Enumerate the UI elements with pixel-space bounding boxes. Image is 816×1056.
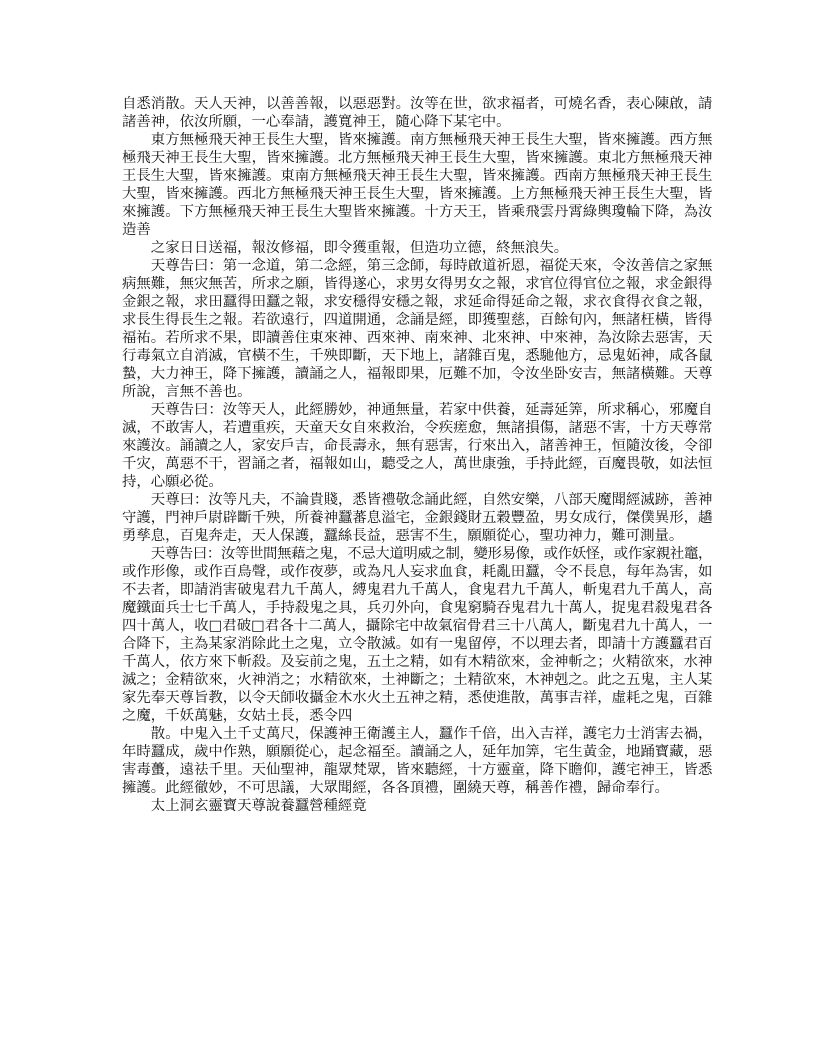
text-line: 蟄，大力神王，降下擁護，讀誦之人，福報即果，厄難不加，令汝坐卧安吉，無諸橫難。天… — [122, 365, 712, 383]
text-line: 金銀之報，求田蠶得田蠶之報，求安穩得安穩之報，求延命得延命之報，求衣食得衣食之報… — [122, 293, 712, 311]
text-line: 大聖，皆來擁護。西北方無極飛天神王長生大聖，皆來擁護。上方無極飛天神王長生大聖，… — [122, 185, 712, 203]
text-line: 年時蠶成，歲中作熟，願願從心，起念福至。讀誦之人，延年加筭，宅生黃金，地踊寶藏，… — [122, 743, 712, 761]
text-line: 諸善神，依汝所願，一心奉請，護寬神王，隨心降下某宅中。 — [122, 113, 712, 131]
text-line: 天尊告曰：汝等天人，此經勝妙，神通無量，若家中供養，延壽延筭，所求稱心，邪魔自 — [122, 401, 712, 419]
text-line: 守護，門神戶尉辟斷千殃，所養神蠶蕃息溢宅，金銀錢財五穀豐盈，男女成行，傑僕異形，… — [122, 509, 712, 527]
text-line: 來擁護。下方無極飛天神王長生大聖皆來擁護。十方天王，皆乘飛雲丹霄綠輿瓊輪下降，為… — [122, 203, 712, 221]
scripture-text: 自悉消散。天人天神，以善善報，以惡惡對。汝等在世，欲求福者，可燒名香，表心陳啟，… — [122, 95, 712, 815]
paragraph: 天尊曰：汝等凡夫，不論貴賤，悉皆禮敬念誦此經，自然安樂，八部天魔聞經滅跡，善神 … — [122, 491, 712, 545]
text-line: 行毒氣立自消滅，官橫不生，千殃即斷，天下地上，諸雜百鬼，悉馳他方，忌鬼妬神，咸各… — [122, 347, 712, 365]
text-line: 病無難，無灾無苦，所求之願，皆得遂心，求男女得男女之報，求官位得官位之報，求金銀… — [122, 275, 712, 293]
text-line: 魔鐵面兵士七千萬人，手持殺鬼之具，兵刃外向，食鬼窮騎吞鬼君九十萬人，捉鬼君殺鬼君… — [122, 599, 712, 617]
text-line: 千灾，萬惡不干，習誦之者，福報如山，聽受之人，萬世康強，手持此經，百魔畏敬，如法… — [122, 455, 712, 473]
text-line: 自悉消散。天人天神，以善善報，以惡惡對。汝等在世，欲求福者，可燒名香，表心陳啟，… — [122, 95, 712, 113]
text-line: 所說，言無不善也。 — [122, 383, 712, 401]
text-line: 害毒蠆，遠祛千里。天仙聖神，龍眾梵眾，皆來聽經，十方靈童，降下瞻仰，護宅神王，皆… — [122, 761, 712, 779]
colophon-line: 太上洞玄靈寶天尊說養蠶營種經竟 — [122, 797, 712, 815]
text-line: 求長生得長生之報。若欲遠行，四道開通，念誦是經，即獲聖慈，百餘旬內，無諸枉橫，皆… — [122, 311, 712, 329]
text-line: 勇孳息，百鬼奔走，天人保護，蠶絲長益，惡害不生，願願從心，聖功神力，難可測量。 — [122, 527, 712, 545]
text-line: 天尊告曰：第一念道，第二念經，第三念師，每時啟道祈恩，福從天來，令汝善信之家無 — [122, 257, 712, 275]
paragraph: 天尊告曰：第一念道，第二念經，第三念師，每時啟道祈恩，福從天來，令汝善信之家無 … — [122, 257, 712, 401]
text-line: 天尊告曰：汝等世間無藉之鬼，不忌大道明威之制，變形易像，或作妖怪，或作家親社竈， — [122, 545, 712, 563]
text-line: 福祐。若所求不果，即讀善住東來神、西來神、南來神、北來神、中來神，為汝除去惡害，… — [122, 329, 712, 347]
text-line: 造善 — [122, 221, 712, 239]
text-line: 擁護。此經徹妙，不可思議，大眾聞經，各各頂禮，圍繞天尊，稱善作禮，歸命奉行。 — [122, 779, 712, 797]
text-line: 東方無極飛天神王長生大聖，皆來擁護。南方無極飛天神王長生大聖，皆來擁護。西方無 — [122, 131, 712, 149]
document-page: 自悉消散。天人天神，以善善報，以惡惡對。汝等在世，欲求福者，可燒名香，表心陳啟，… — [0, 0, 816, 1056]
text-line: 之家日日送福，報汝修福，即令獲重報，但造功立德，終無浪失。 — [122, 239, 712, 257]
text-line: 散。中鬼入土千丈萬尺，保護神王衛護主人，蠶作千倍，出入吉祥，護宅力士消害去禍， — [122, 725, 712, 743]
text-line: 王長生大聖，皆來擁護。東南方無極飛天神王長生大聖，皆來擁護。西南方無極飛天神王長… — [122, 167, 712, 185]
paragraph: 東方無極飛天神王長生大聖，皆來擁護。南方無極飛天神王長生大聖，皆來擁護。西方無 … — [122, 131, 712, 239]
text-line: 滅，不敢害人，若遭重疾，天童天女自來救治，令疾瘥愈，無諸損傷，諸惡不害，十方天尊… — [122, 419, 712, 437]
text-line: 合降下，主為某家消除此土之鬼，立令散滅。如有一鬼留停，不以理去者，即請十方護蠶君… — [122, 635, 712, 653]
text-line: 天尊曰：汝等凡夫，不論貴賤，悉皆禮敬念誦此經，自然安樂，八部天魔聞經滅跡，善神 — [122, 491, 712, 509]
paragraph: 之家日日送福，報汝修福，即令獲重報，但造功立德，終無浪失。 — [122, 239, 712, 257]
text-line: 不去者，即請消害破鬼君九千萬人，縛鬼君九千萬人，食鬼君九千萬人，斬鬼君九千萬人，… — [122, 581, 712, 599]
text-line: 千萬人，依方來下斬殺。及妄前之鬼，五土之精，如有木精欲來，金神斬之；火精欲來，水… — [122, 653, 712, 671]
text-line: 之魔，千妖萬魅，女姑土長，悉令四 — [122, 707, 712, 725]
paragraph-colophon: 太上洞玄靈寶天尊說養蠶營種經竟 — [122, 797, 712, 815]
paragraph: 自悉消散。天人天神，以善善報，以惡惡對。汝等在世，欲求福者，可燒名香，表心陳啟，… — [122, 95, 712, 131]
text-line: 極飛天神王長生大聖，皆來擁護。北方無極飛天神王長生大聖，皆來擁護。東北方無極飛天… — [122, 149, 712, 167]
text-line: 家先奉天尊旨教，以令天師收攝金木水火土五神之精，悉使進散，萬事吉祥，虛耗之鬼，百… — [122, 689, 712, 707]
text-line: 持，心願必從。 — [122, 473, 712, 491]
paragraph: 天尊告曰：汝等世間無藉之鬼，不忌大道明威之制，變形易像，或作妖怪，或作家親社竈，… — [122, 545, 712, 725]
text-line: 滅之；金精欲來，火神消之；水精欲來，土神斷之；土精欲來，木神剋之。此之五鬼，主人… — [122, 671, 712, 689]
paragraph: 散。中鬼入土千丈萬尺，保護神王衛護主人，蠶作千倍，出入吉祥，護宅力士消害去禍， … — [122, 725, 712, 797]
paragraph: 天尊告曰：汝等天人，此經勝妙，神通無量，若家中供養，延壽延筭，所求稱心，邪魔自 … — [122, 401, 712, 491]
text-line: 來護汝。誦讀之人，家安戶吉，命長壽永，無有惡害，行來出入，諸善神王，恒隨汝後，令… — [122, 437, 712, 455]
text-line: 四十萬人，收□君破□君各十二萬人，攝除宅中故氣宿骨君三十八萬人，斷鬼君九十萬人，… — [122, 617, 712, 635]
text-line: 或作形像，或作百鳥聲，或作夜夢，或為凡人妄求血食，耗亂田蠶，令不長息，每年為害，… — [122, 563, 712, 581]
